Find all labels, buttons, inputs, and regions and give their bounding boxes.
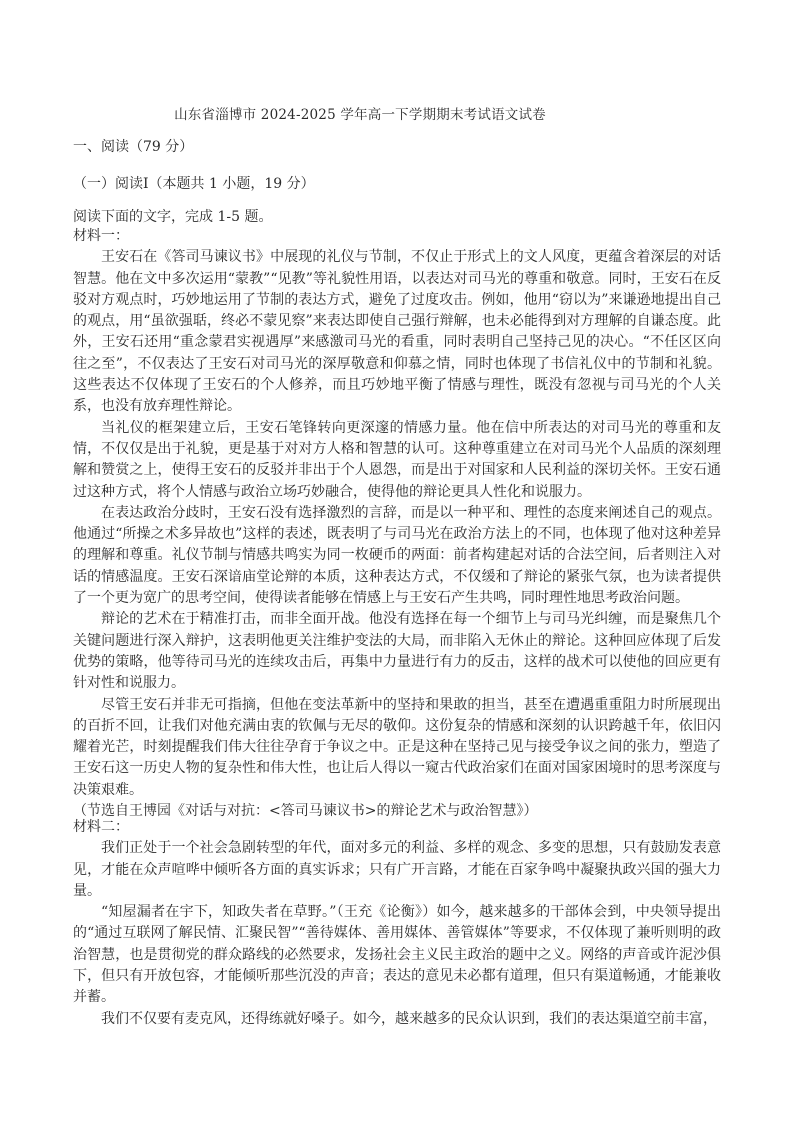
subsection-heading: （一）阅读Ⅰ（本题共 1 小题，19 分） [73, 175, 315, 193]
material-one-paragraph: 王安石在《答司马谏议书》中展现的礼仪与节制，不仅止于形式上的文人风度，更蕴含着深… [73, 247, 721, 417]
material-one-paragraph: 在表达政治分歧时，王安石没有选择激烈的言辞，而是以一种平和、理性的态度来阐述自己… [73, 503, 721, 609]
section-heading: 一、阅读（79 分） [73, 138, 193, 156]
material-one-paragraph: 辩论的艺术在于精准打击，而非全面开战。他没有选择在每一个细节上与司马光纠缠，而是… [73, 609, 721, 694]
material-one-paragraph: 尽管王安石并非无可指摘，但他在变法革新中的坚持和果敢的担当，甚至在遭遇重重阻力时… [73, 695, 721, 801]
material-two-paragraph: 我们不仅要有麦克风，还得练就好嗓子。如今，越来越多的民众认识到，我们的表达渠道空… [73, 1009, 721, 1030]
document-title: 山东省淄博市 2024-2025 学年高一下学期期末考试语文试卷 [0, 103, 720, 123]
material-two-paragraph: 我们正处于一个社会急剧转型的年代，面对多元的利益、多样的观念、多变的思想，只有鼓… [73, 838, 721, 902]
material-one-paragraph: 当礼仪的框架建立后，王安石笔锋转向更深邃的情感力量。他在信中所表达的对司马光的尊… [73, 418, 721, 503]
material-two-label: 材料二： [73, 817, 721, 838]
material-two-paragraph: “知屋漏者在宇下，知政失者在草野。”（王充《论衡》）如今，越来越多的干部体会到，… [73, 902, 721, 1008]
instruction-text: 阅读下面的文字，完成 1-5 题。 [73, 208, 272, 226]
material-one: 材料一： 王安石在《答司马谏议书》中展现的礼仪与节制，不仅止于形式上的文人风度，… [73, 226, 721, 822]
material-two: 材料二： 我们正处于一个社会急剧转型的年代，面对多元的利益、多样的观念、多变的思… [73, 817, 721, 1030]
material-one-label: 材料一： [73, 226, 721, 247]
